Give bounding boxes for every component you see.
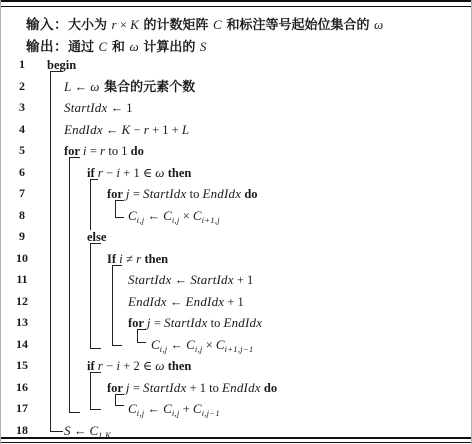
keyword: begin: [47, 58, 76, 72]
statement: for j = StartIdx + 1 to EndIdx do: [107, 377, 277, 400]
subscripted-var: Ci,j: [128, 208, 144, 223]
statement: Ci,j ← Ci,j × Ci+1,j: [128, 205, 220, 228]
input-content: 大小为 r × K 的计数矩阵 C 和标注等号起始位集合的 ω: [68, 17, 383, 32]
keyword: if: [87, 166, 98, 180]
operator: ≠: [123, 252, 136, 266]
operator: ←: [71, 80, 90, 94]
operator: to 1: [105, 144, 130, 158]
header: 输入：大小为 r × K 的计数矩阵 C 和标注等号起始位集合的 ω 输出：通过…: [26, 14, 465, 58]
statement: EndIdx ← K − r + 1 + L: [64, 119, 189, 142]
variable: StartIdx: [143, 380, 186, 395]
operator: ←: [71, 424, 90, 438]
line-number: 10: [13, 248, 31, 270]
keyword: for: [107, 381, 126, 395]
variable: EndIdx: [223, 315, 262, 330]
variable: ω: [155, 165, 164, 180]
line-number: 16: [13, 377, 31, 399]
operator: + 1 ∈: [120, 166, 155, 180]
variable: StartIdx: [143, 186, 186, 201]
cn-text: 集合的元素个数: [100, 80, 196, 95]
line-number: 17: [13, 398, 31, 420]
variable: ω: [129, 39, 138, 54]
operator: ←: [103, 123, 122, 137]
variable: EndIdx: [186, 294, 225, 309]
operator: ← 1: [107, 101, 132, 115]
operator: ←: [167, 295, 186, 309]
operator: =: [130, 381, 143, 395]
subscripted-var: Ci+1,j−1: [216, 337, 254, 352]
line-number: 3: [13, 97, 31, 119]
keyword: then: [165, 359, 192, 373]
operator: =: [130, 187, 143, 201]
variable: ω: [374, 17, 383, 32]
bracket-if-6: [90, 179, 98, 231]
statement: Ci,j ← Ci,j + Ci,j−1: [128, 398, 220, 421]
subscripted-var: Ci+1,j: [193, 208, 220, 223]
statement: StartIdx ← 1: [64, 97, 132, 120]
line-number: 15: [13, 355, 31, 377]
keyword: if: [87, 359, 98, 373]
operator: ←: [144, 209, 163, 223]
bracket-if-10: [112, 265, 122, 346]
operator: =: [87, 144, 100, 158]
bottom-rule: [1, 437, 471, 443]
subscripted-var: Ci,j: [186, 337, 202, 352]
keyword: do: [241, 187, 257, 201]
statement: Ci,j ← Ci,j × Ci+1,j−1: [151, 334, 254, 357]
variable: StartIdx: [164, 315, 207, 330]
subscripted-var: Ci,j: [128, 401, 144, 416]
variable: StartIdx: [64, 100, 107, 115]
line-number: 12: [13, 291, 31, 313]
variable: EndIdx: [128, 294, 167, 309]
operator: =: [151, 316, 164, 330]
bracket-for-7: [115, 200, 124, 219]
operator: + 1 to: [186, 381, 222, 395]
cn-text: 和: [107, 40, 129, 55]
variable: EndIdx: [64, 122, 103, 137]
operator: ←: [171, 273, 190, 287]
output-content: 通过 C 和 ω 计算出的 S: [68, 39, 207, 54]
input-line: 输入：大小为 r × K 的计数矩阵 C 和标注等号起始位集合的 ω: [26, 14, 465, 36]
line-number: 8: [13, 205, 31, 227]
statement: L ← ω 集合的元素个数: [64, 76, 195, 99]
variable: L: [182, 122, 189, 137]
variable: EndIdx: [202, 186, 241, 201]
bracket-for-13: [137, 329, 146, 343]
line-number: 14: [13, 334, 31, 356]
operator: + 1 +: [149, 123, 182, 137]
keyword: else: [87, 230, 106, 244]
cn-text: 大小为: [68, 18, 112, 33]
line-number: 1: [13, 54, 31, 76]
code-line-1: 1begin: [1, 54, 471, 76]
bracket-for-16: [115, 394, 124, 407]
variable: StartIdx: [190, 272, 233, 287]
output-label: 输出：: [26, 39, 68, 55]
cn-text: 通过: [68, 40, 99, 55]
statement: if r − i + 1 ∈ ω then: [87, 162, 191, 185]
variable: S: [64, 423, 71, 438]
cn-text: 计算出的: [139, 40, 200, 55]
operator: + 1: [234, 273, 254, 287]
keyword: for: [64, 144, 83, 158]
subscripted-var: Ci,j: [163, 401, 179, 416]
operator: + 1: [224, 295, 244, 309]
variable: K: [130, 17, 139, 32]
operator: ←: [144, 402, 163, 416]
line-number: 4: [13, 119, 31, 141]
statement: for j = StartIdx to EndIdx do: [107, 183, 258, 206]
operator: ×: [117, 18, 130, 32]
variable: ω: [155, 358, 164, 373]
line-number: 6: [13, 162, 31, 184]
statement: EndIdx ← EndIdx + 1: [128, 291, 244, 314]
keyword: If: [107, 252, 119, 266]
variable: StartIdx: [128, 272, 171, 287]
variable: S: [200, 39, 207, 54]
line-number: 5: [13, 140, 31, 162]
subscripted-var: Ci,j−1: [193, 401, 220, 416]
keyword: do: [261, 381, 277, 395]
variable: ω: [90, 79, 99, 94]
line-number: 2: [13, 76, 31, 98]
operator: ×: [180, 209, 193, 223]
line-number: 7: [13, 183, 31, 205]
operator: to: [186, 187, 202, 201]
operator: −: [103, 359, 116, 373]
operator: −: [103, 166, 116, 180]
operator: to: [207, 316, 223, 330]
statement: if r − i + 2 ∈ ω then: [87, 355, 191, 378]
bracket-begin: [50, 71, 63, 432]
bracket-for-5: [69, 157, 80, 413]
line-number: 11: [13, 269, 31, 291]
variable: C: [213, 17, 222, 32]
subscripted-var: Ci,j: [163, 208, 179, 223]
variable: EndIdx: [222, 380, 261, 395]
code-line-2: 2L ← ω 集合的元素个数: [1, 76, 471, 98]
operator: ×: [203, 338, 216, 352]
keyword: do: [131, 144, 144, 158]
operator: −: [130, 123, 143, 137]
operator: +: [180, 402, 193, 416]
statement: StartIdx ← StartIdx + 1: [128, 269, 253, 292]
code-line-4: 4EndIdx ← K − r + 1 + L: [1, 119, 471, 141]
bracket-else-9: [90, 243, 101, 349]
line-number: 13: [13, 312, 31, 334]
code-area: 1begin2L ← ω 集合的元素个数3StartIdx ← 14EndIdx…: [1, 54, 471, 442]
algorithm-figure: 输入：大小为 r × K 的计数矩阵 C 和标注等号起始位集合的 ω 输出：通过…: [0, 0, 472, 444]
statement: for j = StartIdx to EndIdx: [128, 312, 262, 335]
subscripted-var: C1,K: [89, 423, 111, 438]
code-line-3: 3StartIdx ← 1: [1, 97, 471, 119]
operator: ←: [167, 338, 186, 352]
operator: + 2 ∈: [120, 359, 155, 373]
keyword: then: [165, 166, 192, 180]
top-rule: [1, 0, 471, 7]
keyword: for: [128, 316, 147, 330]
cn-text: 和标注等号起始位集合的: [222, 18, 374, 33]
input-label: 输入：: [26, 17, 68, 33]
subscripted-var: Ci,j: [151, 337, 167, 352]
line-number: 9: [13, 226, 31, 248]
cn-text: 的计数矩阵: [139, 18, 213, 33]
bracket-if-15: [90, 372, 101, 410]
keyword: then: [141, 252, 168, 266]
